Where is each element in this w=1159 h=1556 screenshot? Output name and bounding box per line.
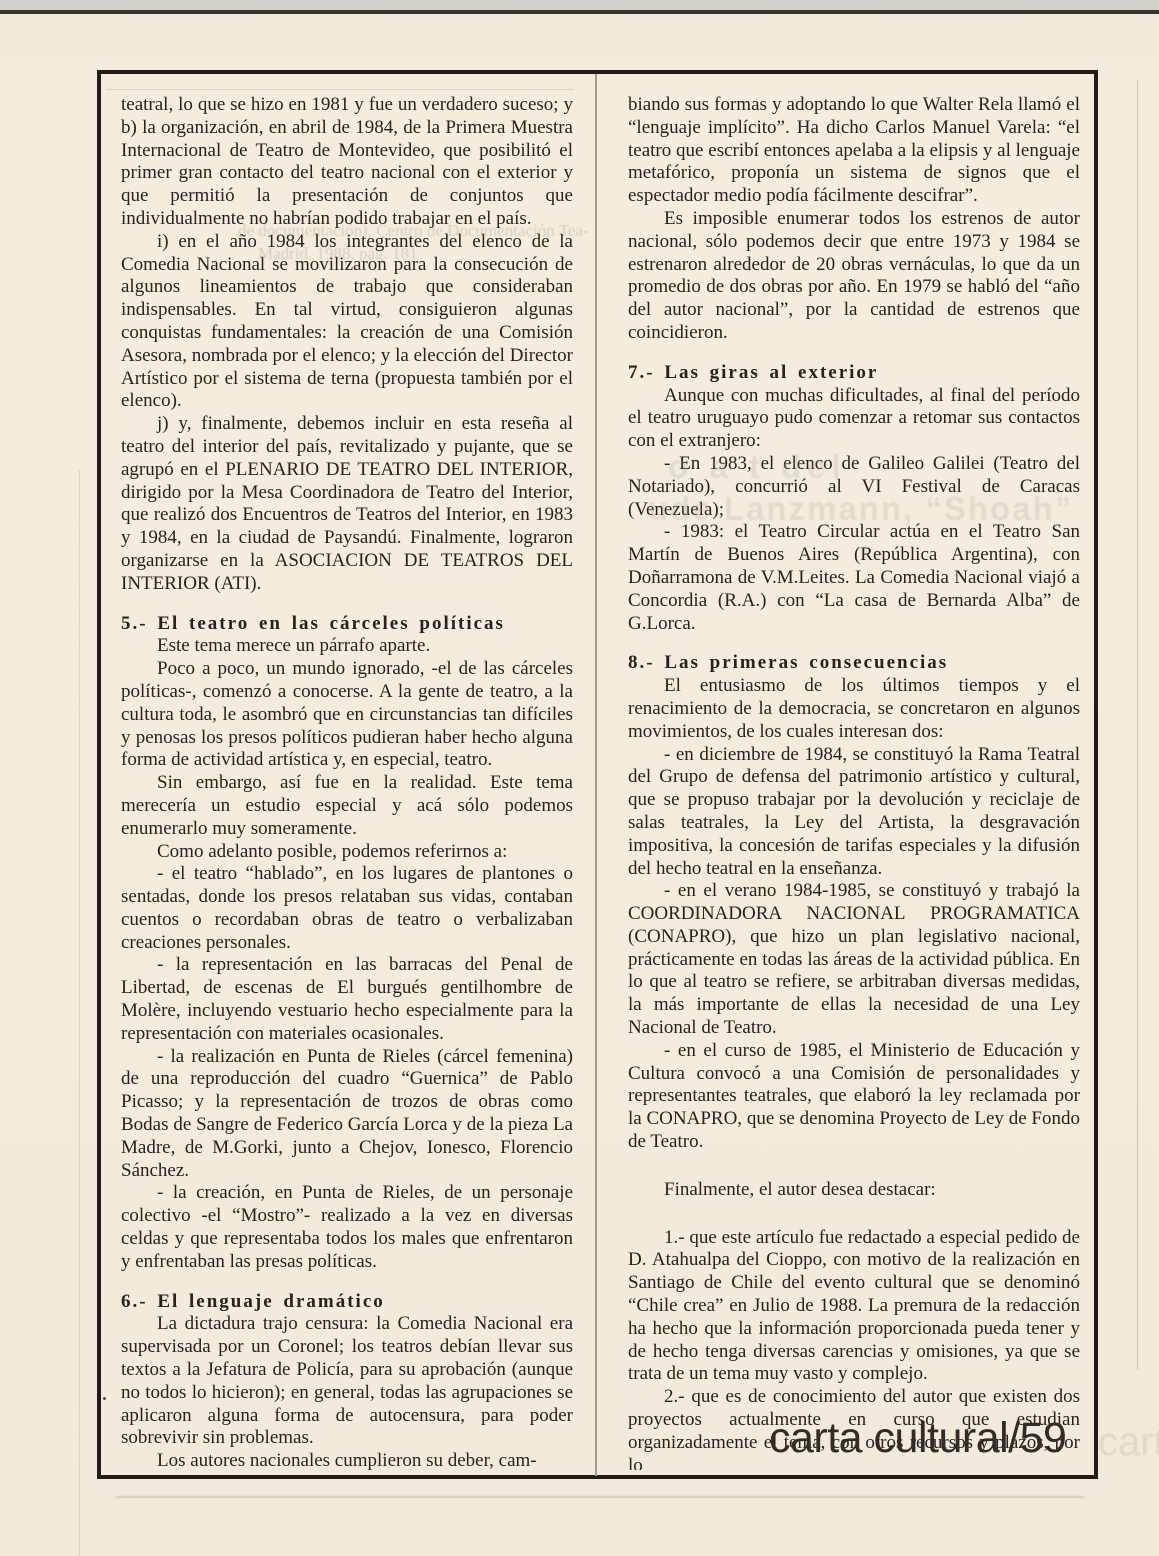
page-left-edge <box>79 470 80 1556</box>
bleed-through-line <box>106 89 574 90</box>
body-paragraph: - en el curso de 1985, el Ministerio de … <box>628 1040 1080 1154</box>
page-right-edge <box>1137 80 1138 1370</box>
body-paragraph: Finalmente, el autor desea destacar: <box>628 1179 1080 1202</box>
body-paragraph: Como adelanto posible, podemos referirno… <box>121 841 573 864</box>
body-paragraph: La dictadura trajo censura: la Comedia N… <box>121 1313 573 1450</box>
body-paragraph: Sin embargo, así fue en la realidad. Est… <box>121 772 573 840</box>
body-paragraph: 1.- que este artículo fue redactado a es… <box>628 1227 1080 1387</box>
body-paragraph: - la creación, en Punta de Rieles, de un… <box>121 1182 573 1273</box>
scan-edge-line <box>0 10 1159 14</box>
article-column-left: teatral, lo que se hizo en 1981 y fue un… <box>121 94 573 1470</box>
section-heading: 6.- El lenguaje dramático <box>121 1291 573 1314</box>
body-paragraph: - en diciembre de 1984, se constituyó la… <box>628 744 1080 881</box>
page-footer-logo: carta cultural/59 <box>769 1414 1099 1463</box>
scan-edge-strip <box>0 0 1159 10</box>
body-paragraph: Poco a poco, un mundo ignorado, -el de l… <box>121 658 573 772</box>
margin-speck <box>103 1397 106 1400</box>
bleed-through-rule <box>116 1496 1084 1498</box>
article-column-right: biando sus formas y adoptando lo que Wal… <box>628 94 1080 1470</box>
body-paragraph: teatral, lo que se hizo en 1981 y fue un… <box>121 94 573 231</box>
body-paragraph: - en el verano 1984-1985, se constituyó … <box>628 880 1080 1040</box>
body-paragraph: - la representación en las barracas del … <box>121 954 573 1045</box>
section-heading: 5.- El teatro en las cárceles políticas <box>121 613 573 636</box>
bleed-through-footer: carta cultural/59 <box>1098 1420 1159 1465</box>
body-paragraph: Los autores nacionales cumplieron su deb… <box>121 1450 573 1470</box>
section-heading: 8.- Las primeras consecuencias <box>628 652 1080 675</box>
body-paragraph: j) y, finalmente, debemos incluir en est… <box>121 413 573 595</box>
column-divider <box>595 74 597 1476</box>
body-paragraph: - 1983: el Teatro Circular actúa en el T… <box>628 521 1080 635</box>
body-paragraph: biando sus formas y adoptando lo que Wal… <box>628 94 1080 208</box>
body-paragraph: - En 1983, el elenco de Galileo Galilei … <box>628 453 1080 521</box>
body-paragraph: - la realización en Punta de Rieles (cár… <box>121 1046 573 1183</box>
section-heading: 7.- Las giras al exterior <box>628 362 1080 385</box>
body-paragraph: Aunque con muchas dificultades, al final… <box>628 385 1080 453</box>
scanned-magazine-page: { "document": { "footer": { "text": "car… <box>0 0 1159 1556</box>
body-paragraph: i) en el año 1984 los integrantes del el… <box>121 231 573 413</box>
body-paragraph: - el teatro “hablado”, en los lugares de… <box>121 863 573 954</box>
body-paragraph: Es imposible enumerar todos los estrenos… <box>628 208 1080 345</box>
body-paragraph: El entusiasmo de los últimos tiempos y e… <box>628 675 1080 743</box>
body-paragraph: Este tema merece un párrafo aparte. <box>121 635 573 658</box>
